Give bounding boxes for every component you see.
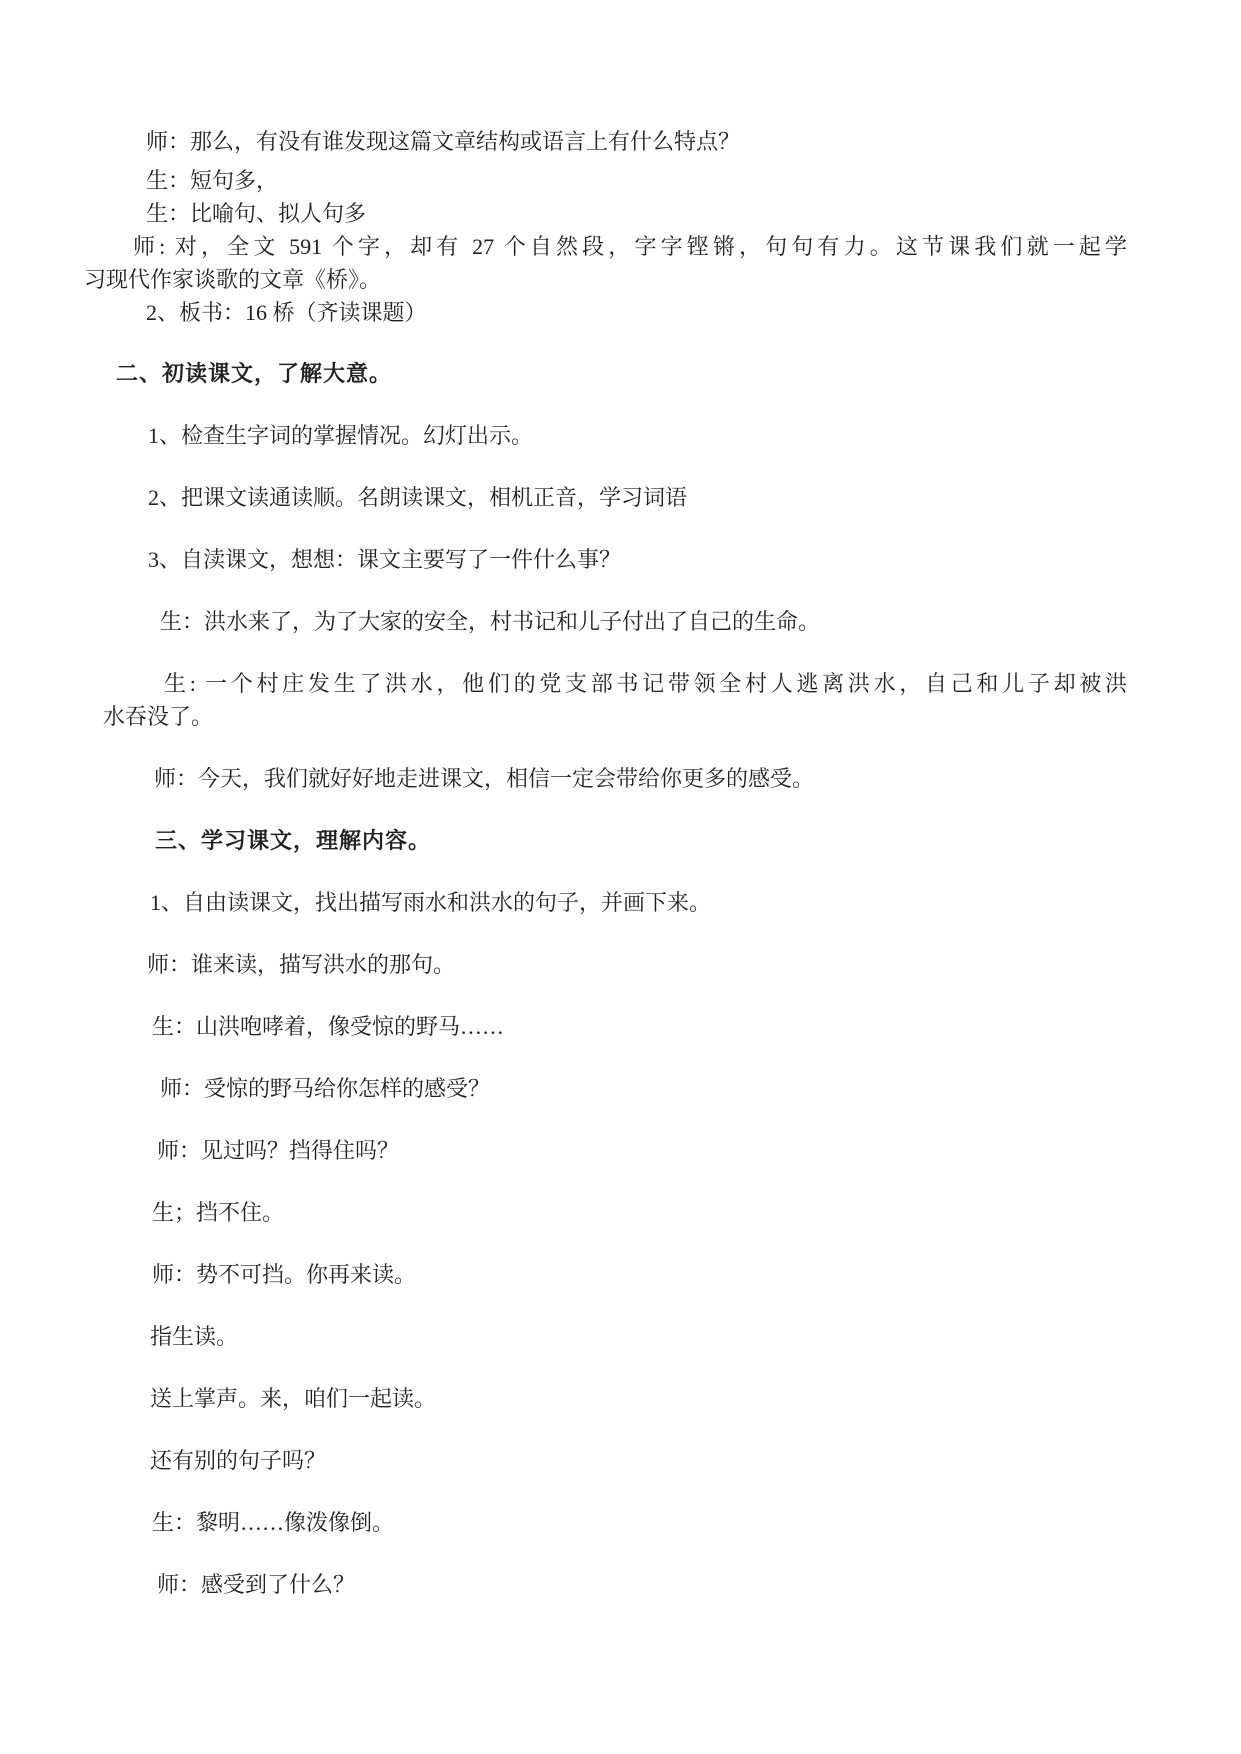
step-item: 2、把课文读通读顺。名朗读课文，相机正音，学习词语 [84, 481, 1127, 514]
line-continuation: 习现代作家谈歌的文章《桥》。 [84, 263, 1127, 296]
student-line: 生：山洪咆哮着，像受惊的野马…… [84, 1010, 1127, 1043]
line-continuation: 水吞没了。 [84, 700, 1127, 733]
teacher-line: 还有别的句子吗？ [84, 1444, 1127, 1477]
teacher-line: 师：势不可挡。你再来读。 [84, 1258, 1127, 1291]
teacher-line: 师：那么，有没有谁发现这篇文章结构或语言上有什么特点？ [84, 125, 1127, 158]
student-line: 生；挡不住。 [84, 1196, 1127, 1229]
teacher-line: 师：见过吗？挡得住吗？ [84, 1134, 1127, 1167]
document-page: 师：那么，有没有谁发现这篇文章结构或语言上有什么特点？ 生：短句多， 生：比喻句… [0, 0, 1241, 1754]
student-line: 生：洪水来了，为了大家的安全，村书记和儿子付出了自己的生命。 [84, 605, 1127, 638]
student-line: 生：比喻句、拟人句多 [84, 197, 1127, 230]
teacher-line: 师: 对，全文 591 个字，却有 27 个自然段，字字铿锵，句句有力。这节课我… [84, 230, 1127, 263]
action-note: 指生读。 [84, 1320, 1127, 1353]
teacher-line: 师：谁来读，描写洪水的那句。 [84, 948, 1127, 981]
step-item: 1、自由读课文，找出描写雨水和洪水的句子，并画下来。 [84, 886, 1127, 919]
teacher-line: 师：今天，我们就好好地走进课文，相信一定会带给你更多的感受。 [84, 762, 1127, 795]
student-line: 生：黎明……像泼像倒。 [84, 1506, 1127, 1539]
section-heading: 三、学习课文，理解内容。 [84, 824, 1127, 857]
section-heading: 二、初读课文，了解大意。 [84, 357, 1127, 390]
teacher-line: 师：受惊的野马给你怎样的感受？ [84, 1072, 1127, 1105]
student-line: 生: 一个村庄发生了洪水，他们的党支部书记带领全村人逃离洪水，自己和儿子却被洪 [84, 667, 1127, 700]
step-item: 1、检查生字词的掌握情况。幻灯出示。 [84, 419, 1127, 452]
teacher-line: 送上掌声。来，咱们一起读。 [84, 1382, 1127, 1415]
step-item: 3、自渎课文，想想：课文主要写了一件什么事？ [84, 543, 1127, 576]
teacher-line: 师：感受到了什么？ [84, 1568, 1127, 1601]
student-line: 生：短句多， [84, 164, 1127, 197]
board-note: 2、板书：16 桥（齐读课题） [84, 296, 1127, 329]
